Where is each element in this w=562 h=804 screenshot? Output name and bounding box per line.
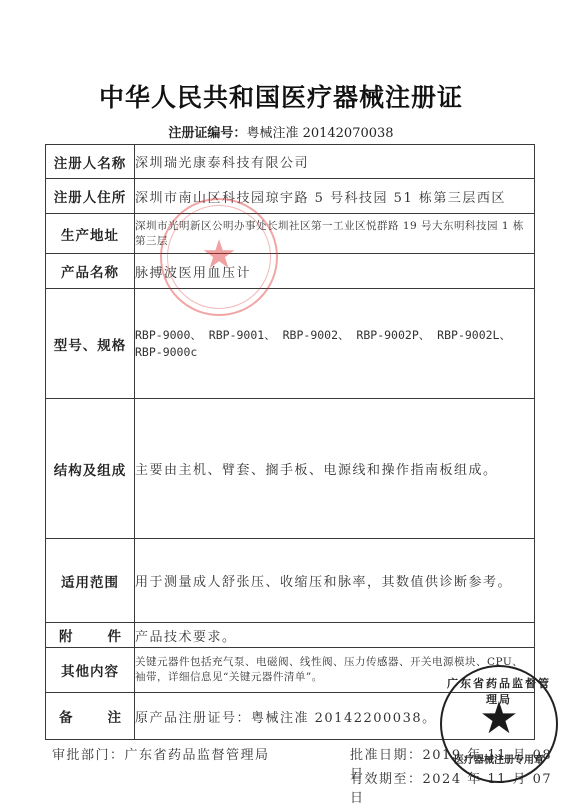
row-value: 深圳瑞光康泰科技有限公司: [135, 145, 535, 179]
registration-number-value: 粤械注准 20142070038: [246, 126, 393, 141]
row-label: 产品名称: [46, 254, 135, 289]
row-label: 附件: [46, 623, 135, 648]
table-row: 结构及组成 主要由主机、臂套、搁手板、电源线和操作指南板组成。: [46, 399, 535, 539]
approval-department: 审批部门：广东省药品监督管理局: [52, 744, 270, 763]
table-row: 生产地址 深圳市光明新区公明办事处长圳社区第一工业区悦群路 19 号大东明科技园…: [46, 214, 535, 254]
certificate-title: 中华人民共和国医疗器械注册证: [0, 78, 562, 114]
row-label: 其他内容: [46, 648, 135, 693]
row-label: 结构及组成: [46, 399, 135, 539]
row-label: 型号、规格: [46, 289, 135, 399]
row-value: 产品技术要求。: [135, 623, 535, 648]
registration-number: 注册证编号：粤械注准 20142070038: [0, 122, 562, 141]
certificate-table: 注册人名称 深圳瑞光康泰科技有限公司 注册人住所 深圳市南山区科技园琼宇路 5 …: [45, 144, 535, 740]
table-row: 产品名称 脉搏波医用血压计: [46, 254, 535, 289]
row-label-text: 附件: [59, 625, 121, 645]
company-seal-stamp: ★: [160, 198, 278, 316]
official-seal-stamp: 广东省药品监督管理局 ★ 医疗器械注册专用章: [440, 665, 558, 783]
row-label: 注册人名称: [46, 145, 135, 179]
official-seal-bottom-text: 医疗器械注册专用章: [442, 751, 556, 766]
registration-number-label: 注册证编号：: [168, 126, 246, 141]
row-label: 注册人住所: [46, 179, 135, 214]
row-label: 备注: [46, 693, 135, 740]
row-label-text: 备注: [59, 706, 121, 726]
star-icon: ★: [442, 693, 556, 744]
table-row: 附件 产品技术要求。: [46, 623, 535, 648]
star-icon: ★: [162, 232, 276, 278]
table-row: 注册人住所 深圳市南山区科技园琼宇路 5 号科技园 51 栋第三层西区: [46, 179, 535, 214]
row-label: 适用范围: [46, 539, 135, 623]
table-row: 型号、规格 RBP-9000、 RBP-9001、 RBP-9002、 RBP-…: [46, 289, 535, 399]
table-row: 适用范围 用于测量成人舒张压、收缩压和脉率，其数值供诊断参考。: [46, 539, 535, 623]
row-label: 生产地址: [46, 214, 135, 254]
table-row: 注册人名称 深圳瑞光康泰科技有限公司: [46, 145, 535, 179]
row-value: 主要由主机、臂套、搁手板、电源线和操作指南板组成。: [135, 399, 535, 539]
row-value: 用于测量成人舒张压、收缩压和脉率，其数值供诊断参考。: [135, 539, 535, 623]
